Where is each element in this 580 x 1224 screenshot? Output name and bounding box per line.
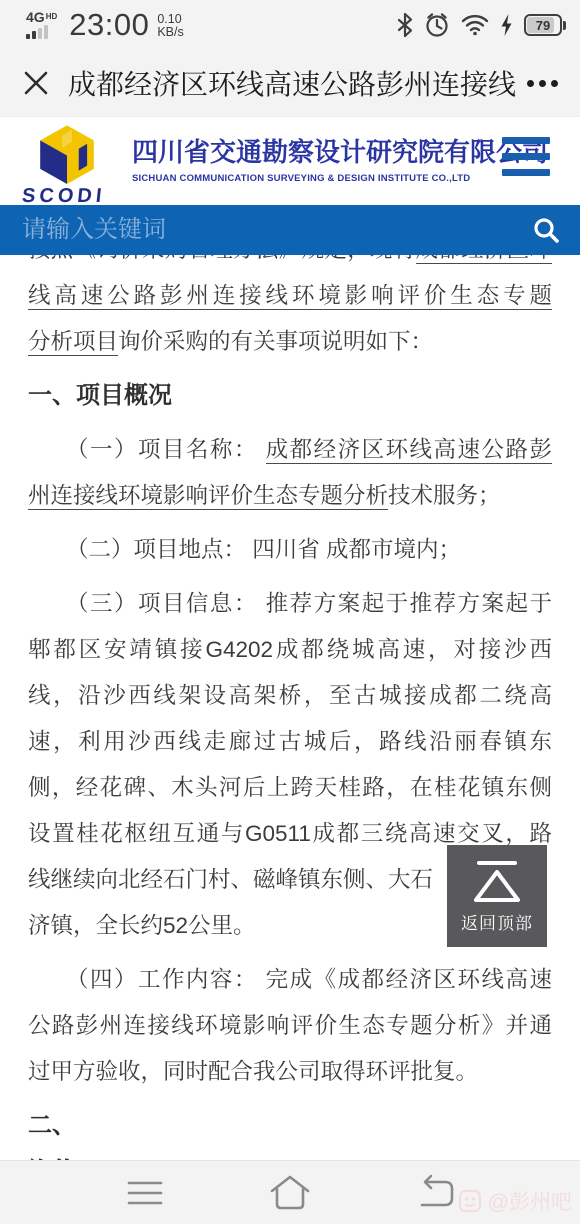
phone-screen: 4G HD 23:00 0.10 KB/s	[0, 0, 580, 1224]
content-line: （四）工作内容： 完成《成都经济区环线高速	[28, 957, 552, 1003]
menu-lines-icon	[125, 1174, 165, 1212]
search-input[interactable]	[20, 215, 532, 245]
network-speed-label: 0.10 KB/s	[157, 13, 183, 39]
signal-bars-icon	[26, 25, 57, 39]
back-to-top-button[interactable]: 返回顶部	[447, 845, 547, 947]
back-to-top-label: 返回顶部	[461, 909, 533, 934]
content-line: （二）项目地点： 四川省 成都市境内；	[28, 527, 552, 573]
search-button[interactable]	[532, 216, 560, 244]
back-button[interactable]	[413, 1171, 457, 1215]
speed-unit: KB/s	[157, 25, 183, 39]
content-line: 速，利用沙西线走廊过古城后，路线沿丽春镇东	[28, 719, 552, 765]
close-icon[interactable]	[22, 69, 50, 97]
battery-percent-label: 79	[526, 16, 560, 34]
watermark-text: @彭州吧	[488, 1186, 572, 1216]
wifi-icon	[461, 13, 489, 37]
company-name-en: SICHUAN COMMUNICATION SURVEYING & DESIGN…	[132, 173, 548, 184]
content-lines: 按照《询价采购管理办法》规定，现将成都经济区环线高速公路彭州连接线环境影响评价生…	[28, 227, 552, 1195]
home-button[interactable]	[268, 1171, 312, 1215]
content-line: （三）项目信息： 推荐方案起于推荐方案起于	[28, 581, 552, 627]
company-name-cn: 四川省交通勘察设计研究院有限公司	[132, 132, 548, 169]
scodi-logo-icon	[28, 122, 106, 184]
status-bar: 4G HD 23:00 0.10 KB/s	[0, 0, 580, 50]
bluetooth-icon	[397, 12, 413, 38]
logo-text: SCODI	[21, 185, 123, 208]
more-menu-button[interactable]	[527, 74, 558, 93]
signal-indicator: 4G HD	[26, 11, 57, 39]
content-line: 一、项目概况	[28, 373, 552, 419]
content-line: 郫都区安靖镇接G4202成都绕城高速，对接沙西	[28, 627, 552, 673]
recents-button[interactable]	[123, 1171, 167, 1215]
battery-icon: 79	[524, 14, 566, 36]
content-line: 线高速公路彭州连接线环境影响评价生态专题	[28, 273, 552, 319]
back-arrow-icon	[414, 1174, 456, 1212]
back-to-top-icon	[469, 858, 525, 904]
article-content: 按照《询价采购管理办法》规定，现将成都经济区环线高速公路彭州连接线环境影响评价生…	[0, 255, 580, 1195]
charging-icon	[500, 13, 513, 37]
tieba-icon	[458, 1189, 482, 1213]
content-line: （一）项目名称： 成都经济区环线高速公路彭	[28, 427, 552, 473]
site-header: SCODI 四川省交通勘察设计研究院有限公司 SICHUAN COMMUNICA…	[0, 116, 580, 205]
hd-badge: HD	[46, 11, 58, 23]
content-line: 二、	[28, 1103, 552, 1149]
content-line: 州连接线环境影响评价生态专题分析技术服务；	[28, 473, 552, 519]
speed-value: 0.10	[157, 12, 181, 26]
alarm-icon	[424, 12, 450, 38]
content-line: 过甲方验收，同时配合我公司取得环评批复。	[28, 1049, 552, 1095]
content-line: 侧，经花碑、木头河后上跨天桂路，在桂花镇东侧	[28, 765, 552, 811]
home-icon	[268, 1173, 312, 1213]
content-line: 公路彭州连接线环境影响评价生态专题分析》并通	[28, 1003, 552, 1049]
hamburger-menu-icon[interactable]	[502, 137, 550, 185]
search-bar	[0, 205, 580, 255]
page-title: 成都经济区环线高速公路彭州连接线环…	[68, 63, 517, 103]
content-line: 分析项目询价采购的有关事项说明如下：	[28, 319, 552, 365]
webview-title-bar: 成都经济区环线高速公路彭州连接线环…	[0, 50, 580, 116]
content-line: 线，沿沙西线架设高架桥，至古城接成都二绕高	[28, 673, 552, 719]
company-name-block: 四川省交通勘察设计研究院有限公司 SICHUAN COMMUNICATION S…	[132, 132, 548, 184]
search-icon	[532, 216, 560, 244]
company-logo[interactable]: SCODI	[22, 122, 122, 208]
clock-label: 23:00	[69, 7, 149, 43]
watermark: @彭州吧	[458, 1186, 572, 1216]
network-type-label: 4G	[26, 11, 45, 23]
